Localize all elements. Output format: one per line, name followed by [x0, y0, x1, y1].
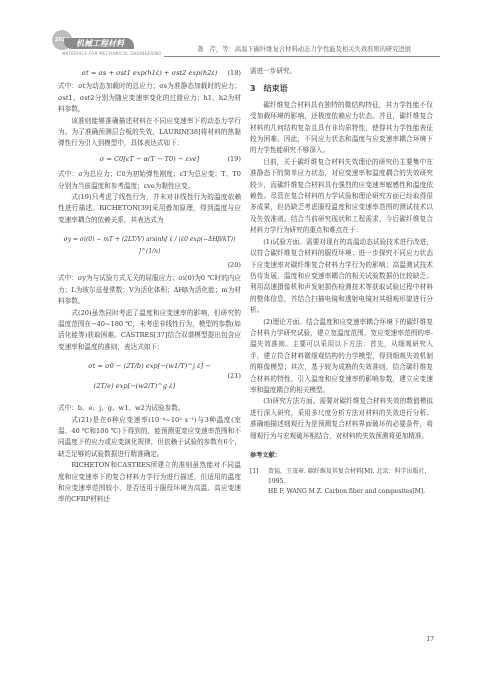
- paragraph: 式中：σ为总应力；C0为初始弹性刚度；εT为总应变；T、T0分别为当前温度和参考…: [58, 169, 241, 192]
- reference-text: 贺福，王茂章. 碳纤维及其复合材料[M]. 北京：科学出版社，1995.: [268, 467, 433, 487]
- paragraph: 该准则能够准确描述材料在不同应变速率下的动态力学行为。为了准确预测层合板的失效，…: [58, 116, 241, 150]
- equation-21: σt = σ0 − (2T/b) exp[−(w1/T)^j ε̇] − (2T…: [58, 359, 241, 399]
- paragraph: 式中：σt为动态加载时的总应力；σs为准静态加载时的应力；σst1、σst2分别…: [58, 81, 241, 115]
- reference-text: HE F, WANG M Z. Carbon fiber and composi…: [268, 487, 425, 497]
- equation-21-line2: (2T/e) exp[−(w2/T)^g ε̇]: [28, 381, 241, 392]
- header-rule: [164, 56, 440, 57]
- reference-item: [1]贺福，王茂章. 碳纤维及其复合材料[M]. 北京：科学出版社，1995.: [250, 467, 433, 487]
- page-number: 17: [426, 636, 434, 643]
- equation-19-body: σ = C0[εT − α(T − T0) − εve]: [100, 155, 199, 163]
- reference-item: HE F, WANG M Z. Carbon fiber and composi…: [250, 487, 433, 497]
- running-title: 龚 芹，等：高温下碳纤维复合材料动态力学性能及相关失效准则的研究进展: [197, 44, 411, 53]
- equation-number: (18): [227, 68, 241, 79]
- paragraph: 需进一步研究。: [250, 66, 433, 77]
- paragraph: (3)研究方法方面。需要对碳纤维复合材料失效的数值模拟进行深入研究，采用多尺度分…: [250, 396, 433, 442]
- paragraph: 式中：b、e、j、g、w1、w2为试验参数。: [58, 403, 241, 414]
- paragraph: 式(19)只考虑了线性行为，并未对非线性行为的温度依赖性进行描述。RICHETO…: [58, 192, 241, 226]
- paragraph: (1)试验方面。需要对现有的高温动态试验技术进行改进，以符合碳纤维复合材料的服役…: [250, 237, 433, 317]
- equation-19: σ = C0[εT − α(T − T0) − εve](19): [58, 154, 241, 165]
- equation-number: (19): [227, 154, 241, 165]
- reference-number: [1]: [250, 467, 268, 487]
- right-column: 需进一步研究。 3 结束语 碳纤维复合材料具有独特的微结构特征，其力学性能不仅受…: [250, 66, 433, 497]
- paragraph: (2)理论方面。结合温度和应变速率耦合环境下的碳纤维复合材料力学研究试验，建立宽…: [250, 317, 433, 397]
- journal-logo-cn: 机械工程材料: [64, 38, 134, 49]
- paragraph: RICHETON和CASTRES所建立的准则虽然能对不同温度和应变速率下的复合材…: [58, 460, 241, 506]
- section-heading: 3 结束语: [250, 83, 433, 94]
- equation-20: σy = σi(0) − mT + (2LT/V) arsinh[ ε̇ / (…: [58, 234, 241, 258]
- reference-number: [250, 487, 268, 497]
- paragraph: 式(21)是在6种应变速率(10⁻⁴~10² s⁻¹)与3种温度(室温、40 ℃…: [58, 415, 241, 461]
- equation-18-body: σt = σs + σst1 exp(h1ε̇) + σst2 exp(h2ε̇…: [82, 69, 218, 77]
- left-column: σt = σs + σst1 exp(h1ε̇) + σst2 exp(h2ε̇…: [58, 66, 241, 506]
- paragraph: 碳纤维复合材料具有独特的微结构特征，其力学性能不仅受加载环境的影响，还极度依赖应…: [250, 100, 433, 157]
- equation-number: (21): [227, 371, 241, 382]
- paragraph: 式中：σy为与试验方式无关的屈服应力；σi(0)为0 ℃时的内应力；L为玻尔兹曼…: [58, 273, 241, 307]
- equation-number: (20): [227, 260, 241, 271]
- paragraph: 式(20)虽然同时考虑了温度和应变速率的影响，但研究的温度范围在−40~180 …: [58, 308, 241, 354]
- equation-20-body: σy = σi(0) − mT + (2LT/V) arsinh[ ε̇ / (…: [64, 236, 236, 255]
- equation-20-number: (20): [58, 260, 241, 271]
- paragraph: 目前，关于碳纤维复合材料失效理论的研究仍主要集中在准静态下的简单应力状态，对应变…: [250, 157, 433, 237]
- journal-logo-en: MATERIALS FOR MECHANICAL ENGINEERING: [62, 51, 162, 56]
- equation-21-line1: σt = σ0 − (2T/b) exp[−(w1/T)^j ε̇] −: [58, 361, 241, 372]
- page-header: 2024 机械工程材料 MATERIALS FOR MECHANICAL ENG…: [52, 30, 440, 60]
- equation-18: σt = σs + σst1 exp(h1ε̇) + σst2 exp(h2ε̇…: [58, 68, 241, 79]
- references-heading: 参考文献：: [250, 450, 433, 461]
